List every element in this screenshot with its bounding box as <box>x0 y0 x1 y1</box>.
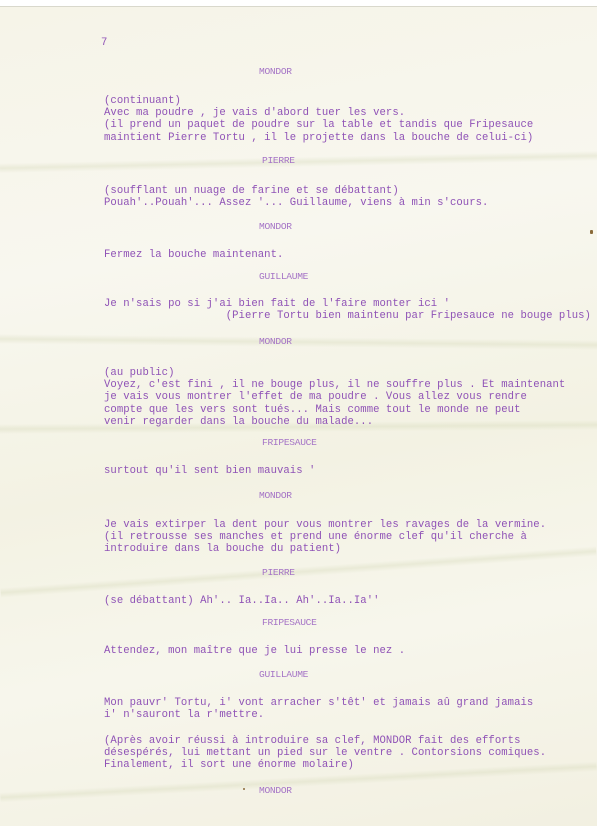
script-line: (il prend un paquet de poudre sur la tab… <box>104 119 533 131</box>
page-number: 7 <box>101 37 107 49</box>
script-line: Voyez, c'est fini , il ne bouge plus, il… <box>104 379 565 391</box>
speaker-name: FRIPESAUCE <box>262 617 317 629</box>
script-line: (se débattant) Ah'.. Ia..Ia.. Ah'..Ia..I… <box>104 595 380 607</box>
paper-crease <box>0 151 597 174</box>
script-line: Fermez la bouche maintenant. <box>104 249 283 261</box>
script-line: (soufflant un nuage de farine et se déba… <box>104 185 399 197</box>
script-line: venir regarder dans la bouche du malade.… <box>104 416 373 428</box>
paper-crease <box>0 334 597 350</box>
script-line: Pouah'..Pouah'... Assez '... Guillaume, … <box>104 197 488 209</box>
paper-stain <box>590 230 593 234</box>
speaker-name: MONDOR <box>259 336 292 348</box>
script-line: je vais vous montrer l'effet de ma poudr… <box>104 391 527 403</box>
script-line: Je n'sais po si j'ai bien fait de l'fair… <box>104 298 450 310</box>
script-line: Je vais extirper la dent pour vous montr… <box>104 519 546 531</box>
script-line: Attendez, mon maître que je lui presse l… <box>104 645 405 657</box>
script-line: Mon pauvr' Tortu, i' vont arracher s'têt… <box>104 697 533 709</box>
script-line: désespérés, lui mettant un pied sur le v… <box>104 747 546 759</box>
script-line: (Pierre Tortu bien maintenu par Fripesau… <box>104 310 591 322</box>
speaker-name: MONDOR <box>259 66 292 78</box>
script-line: compte que les vers sont tués... Mais co… <box>104 404 520 416</box>
script-line: (au public) <box>104 367 174 379</box>
script-line: introduire dans la bouche du patient) <box>104 543 341 555</box>
paper-stain <box>243 788 245 790</box>
script-line: i' n'sauront la r'mettre. <box>104 709 264 721</box>
speaker-name: PIERRE <box>262 567 295 579</box>
speaker-name: FRIPESAUCE <box>262 437 317 449</box>
speaker-name: PIERRE <box>262 155 295 167</box>
script-line: (il retrousse ses manches et prend une é… <box>104 531 527 543</box>
speaker-name: MONDOR <box>259 490 292 502</box>
speaker-name: MONDOR <box>259 221 292 233</box>
script-line: (continuant) <box>104 95 181 107</box>
script-line: Avec ma poudre , je vais d'abord tuer le… <box>104 107 405 119</box>
script-line: surtout qu'il sent bien mauvais ' <box>104 465 315 477</box>
script-line: (Après avoir réussi à introduire sa clef… <box>104 735 520 747</box>
script-line: maintient Pierre Tortu , il le projette … <box>104 132 533 144</box>
speaker-name: MONDOR <box>259 785 292 797</box>
script-line: Finalement, il sort une énorme molaire) <box>104 759 354 771</box>
speaker-name: GUILLAUME <box>259 271 308 283</box>
speaker-name: GUILLAUME <box>259 669 308 681</box>
